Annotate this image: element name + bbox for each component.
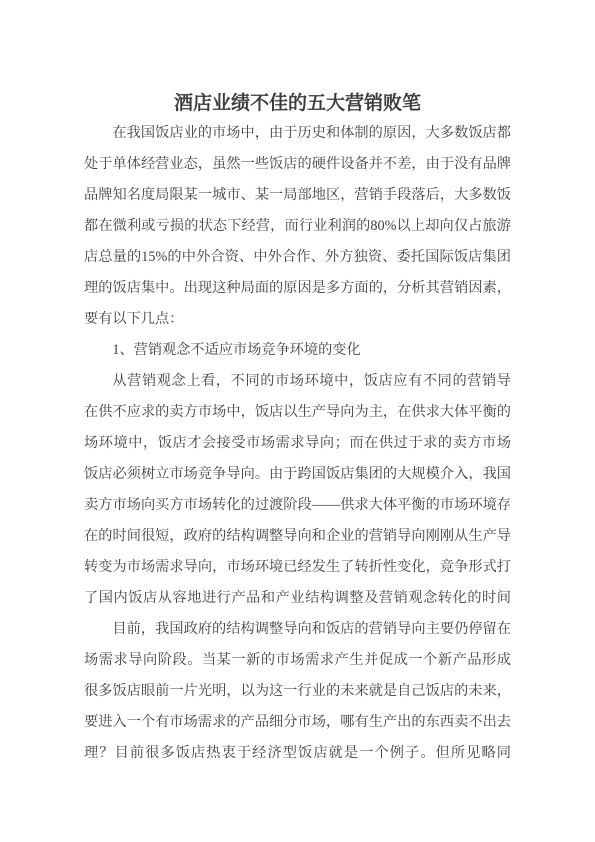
text-line: 场环境中，饭店才会接受市场需求导向；而在供过于求的卖方市场中，: [84, 428, 511, 459]
heading-line: 1、营销观念不适应市场竞争环境的变化: [84, 335, 511, 366]
text-line: 要进入一个有市场需求的产品细分市场，哪有生产出的东西卖不出去之: [84, 707, 511, 738]
text-line: 店总量的15%的中外合资、中外合作、外方独资、委托国际饭店集团管: [84, 242, 511, 273]
text-line: 在供不应求的卖方市场中，饭店以生产导向为主，在供求大体平衡的市: [84, 397, 511, 428]
text-line: 目前，我国政府的结构调整导向和饭店的营销导向主要仍停留在市: [84, 614, 511, 645]
section-heading: 1、营销观念不适应市场竞争环境的变化: [84, 335, 511, 366]
text-line: 转变为市场需求导向，市场环境已经发生了转折性变化，竞争形式打乱: [84, 552, 511, 583]
text-line: 理的饭店集中。出现这种局面的原因是多方面的，分析其营销因素，主: [84, 273, 511, 304]
text-line: 了国内饭店从容地进行产品和产业结构调整及营销观念转化的时间表。: [84, 583, 511, 614]
document-page: 酒店业绩不佳的五大营销败笔 在我国饭店业的市场中，由于历史和体制的原因，大多数饭…: [0, 0, 595, 842]
paragraph: 在我国饭店业的市场中，由于历史和体制的原因，大多数饭店都处于单体经营业态，虽然一…: [84, 118, 511, 335]
text-line: 品牌知名度局限某一城市、某一局部地区，营销手段落后，大多数饭店: [84, 180, 511, 211]
text-line: 在我国饭店业的市场中，由于历史和体制的原因，大多数饭店都: [84, 118, 511, 149]
text-line: 很多饭店眼前一片光明，以为这一行业的未来就是自己饭店的未来，只: [84, 676, 511, 707]
paragraph: 从营销观念上看，不同的市场环境中，饭店应有不同的营销导向。在供不应求的卖方市场中…: [84, 366, 511, 614]
text-line: 饭店必须树立市场竞争导向。由于跨国饭店集团的大规模介入，我国从: [84, 459, 511, 490]
paragraph: 目前，我国政府的结构调整导向和饭店的营销导向主要仍停留在市场需求导向阶段。当某一…: [84, 614, 511, 769]
document-body: 在我国饭店业的市场中，由于历史和体制的原因，大多数饭店都处于单体经营业态，虽然一…: [84, 118, 511, 769]
text-line: 卖方市场向买方市场转化的过渡阶段——供求大体平衡的市场环境存: [84, 490, 511, 521]
text-line: 要有以下几点：: [84, 304, 511, 335]
text-line: 从营销观念上看，不同的市场环境中，饭店应有不同的营销导向。: [84, 366, 511, 397]
text-line: 在的时间很短，政府的结构调整导向和企业的营销导向刚刚从生产导向: [84, 521, 511, 552]
text-line: 理？目前很多饭店热衷于经济型饭店就是一个例子。但所见略同的“英: [84, 738, 511, 769]
document-title: 酒店业绩不佳的五大营销败笔: [84, 90, 511, 118]
text-line: 场需求导向阶段。当某一新的市场需求产生并促成一个新产品形成时，: [84, 645, 511, 676]
text-line: 都在微利或亏损的状态下经营，而行业利润的80%以上却向仅占旅游饭: [84, 211, 511, 242]
text-line: 处于单体经营业态，虽然一些饭店的硬件设备并不差，由于没有品牌或: [84, 149, 511, 180]
